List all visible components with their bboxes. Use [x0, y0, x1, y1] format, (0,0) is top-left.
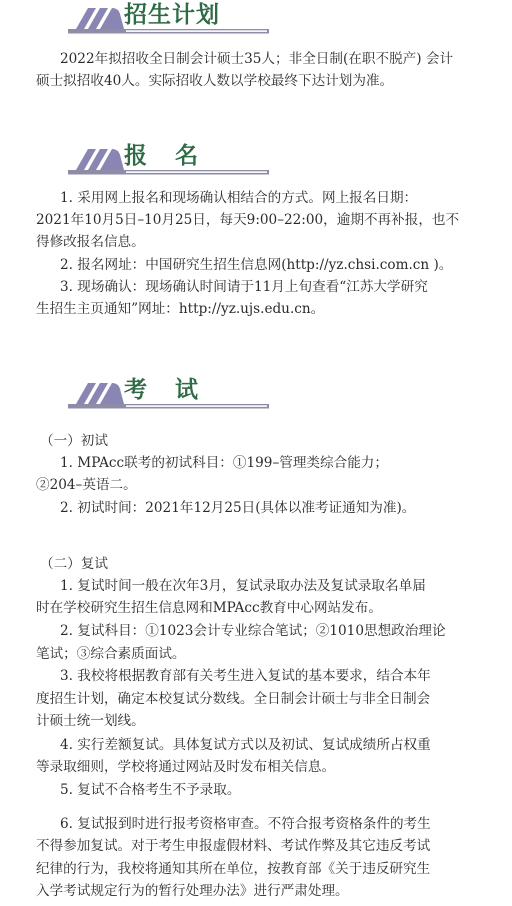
- list-item-line: 不得参加复试。对于考生申报虚假材料、考试作弊及其它违反考试: [36, 837, 430, 855]
- document-page: 招生计划 2022年拟招收全日制会计硕士35人；非全日制(在职不脱产) 会计 硕…: [0, 0, 512, 906]
- list-item-line: ②204–英语二。: [36, 476, 137, 494]
- subsection-heading-preliminary: （一）初试: [40, 432, 108, 450]
- list-item-line: 笔试；③综合素质面试。: [36, 645, 186, 663]
- list-item-line: 1. 复试时间一般在次年3月，复试录取办法及复试录取名单届: [60, 577, 426, 595]
- list-item-line: 时在学校研究生招生信息网和MPAcc教育中心网站发布。: [36, 599, 382, 617]
- section-header-exam: 考 试: [66, 375, 272, 411]
- list-item-line: 纪律的行为，我校将通知其所在单位，按教育部《关于违反研究生: [36, 860, 430, 878]
- subsection-heading-retest: （二）复试: [40, 555, 108, 573]
- section-header-enrollment-plan: 招生计划: [66, 0, 272, 36]
- section-title: 招生计划: [124, 2, 220, 28]
- list-item-line: 等录取细则，学校将通过网站及时发布相关信息。: [36, 758, 335, 776]
- list-item-line: 1. 采用网上报名和现场确认相结合的方式。网上报名日期：: [60, 189, 417, 207]
- section-title: 报 名: [124, 143, 208, 169]
- list-item-line: 6. 复试报到时进行报考资格审查。不符合报考资格条件的考生: [60, 815, 431, 833]
- list-item-line: 2021年10月5日–10月25日，每天9:00–22:00，逾期不再补报，也不: [36, 211, 459, 229]
- list-item-line: 4. 实行差额复试。具体复试方式以及初试、复试成绩所占权重: [60, 736, 431, 754]
- section-title: 考 试: [124, 377, 208, 403]
- paragraph-line: 2022年拟招收全日制会计硕士35人；非全日制(在职不脱产) 会计: [60, 50, 453, 68]
- paragraph-line: 硕士拟招收40人。实际招收人数以学校最终下达计划为准。: [36, 72, 393, 90]
- list-item-line: 3. 现场确认：现场确认时间请于11月上旬查看“江苏大学研究: [60, 278, 428, 296]
- list-item-line: 入学考试规定行为的暂行处理办法》进行严肃处理。: [36, 882, 349, 900]
- list-item-line: 生招生主页通知”网址：http://yz.ujs.edu.cn。: [36, 300, 324, 318]
- list-item-line: 3. 我校将根据教育部有关考生进入复试的基本要求，结合本年: [60, 667, 431, 685]
- list-item-line: 计硕士统一划线。: [36, 712, 145, 730]
- list-item-line: 2. 复试科目：①1023会计专业综合笔试；②1010思想政治理论: [60, 622, 446, 640]
- list-item-line: 2. 初试时间：2021年12月25日(具体以准考证通知为准)。: [60, 499, 415, 517]
- list-item-line: 度招生计划，确定本校复试分数线。全日制会计硕士与非全日制会: [36, 690, 430, 708]
- section-header-registration: 报 名: [66, 141, 272, 177]
- list-item-line: 得修改报名信息。: [36, 233, 145, 251]
- list-item-line: 2. 报名网址：中国研究生招生信息网(http://yz.chsi.com.cn…: [60, 256, 452, 274]
- list-item-line: 5. 复试不合格考生不予录取。: [60, 781, 240, 799]
- list-item-line: 1. MPAcc联考的初试科目：①199–管理类综合能力；: [60, 454, 388, 472]
